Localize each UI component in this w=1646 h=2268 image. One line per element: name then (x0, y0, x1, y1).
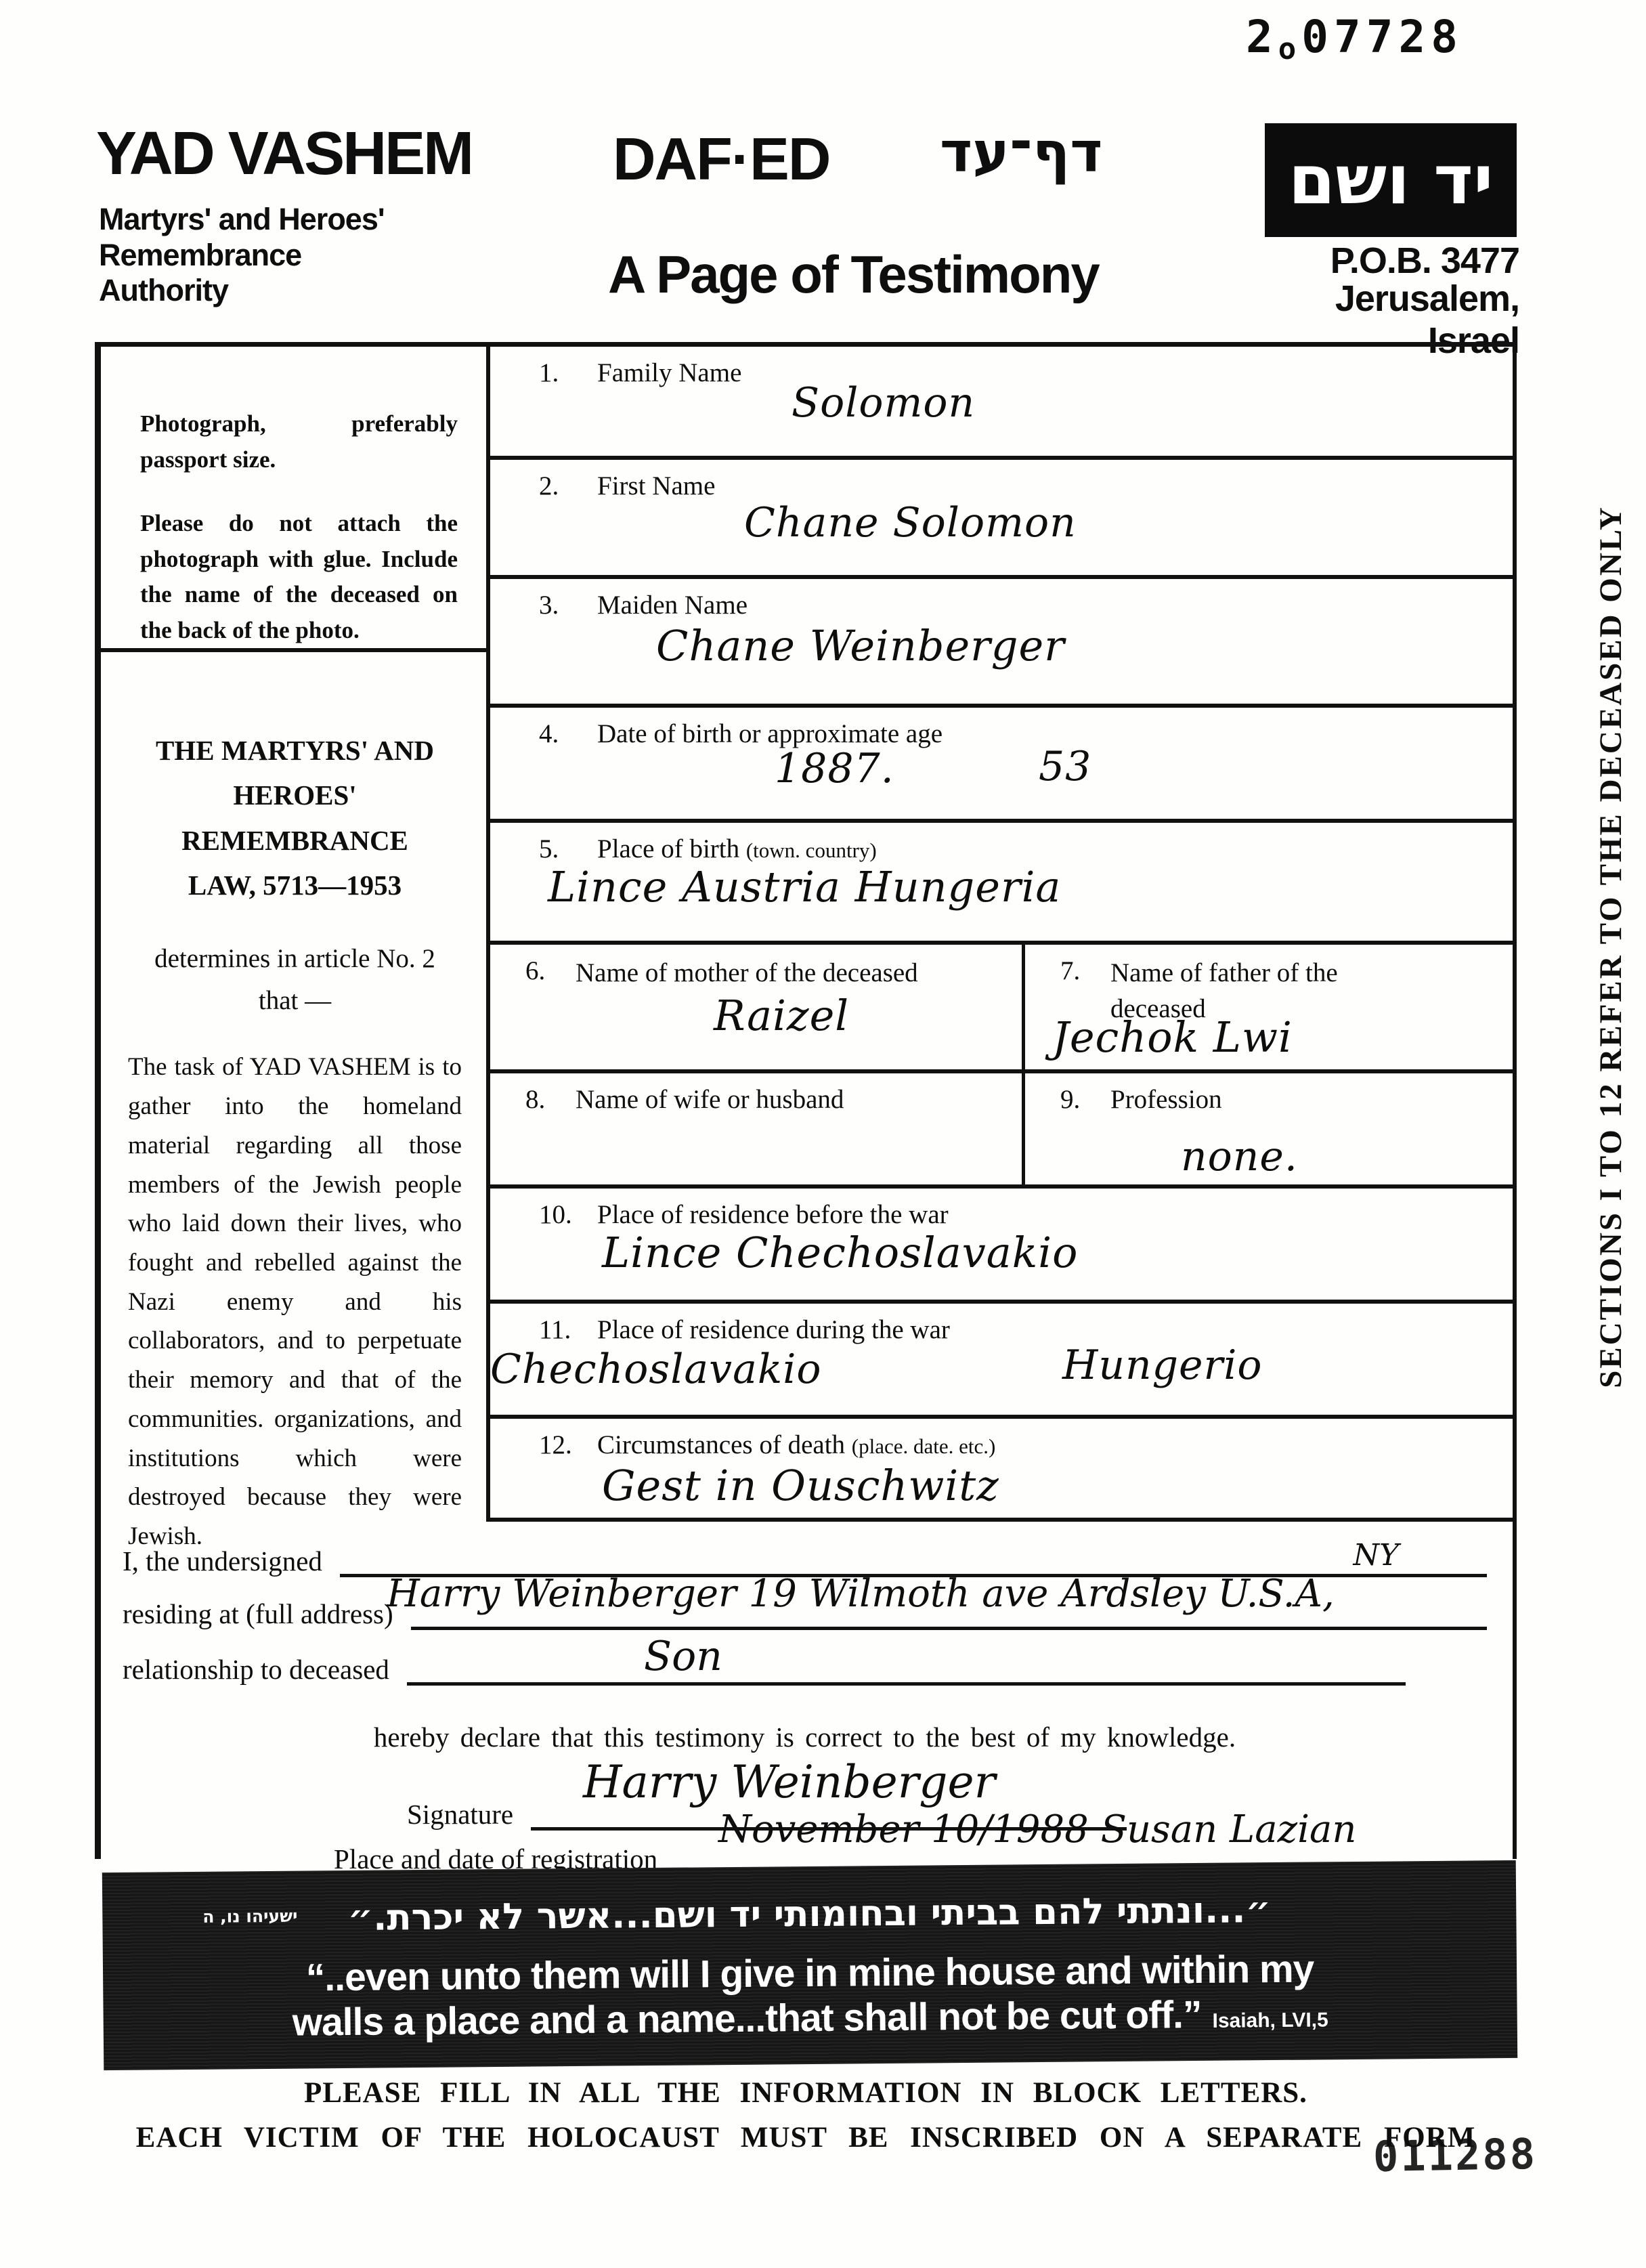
logo-hebrew-text: יד ושם (1288, 140, 1494, 219)
field-label: 1.Family Name (490, 347, 1513, 388)
handwritten-father-name: Jechok Lwi (1052, 1012, 1293, 1062)
handwritten-relationship: Son (644, 1633, 722, 1680)
handwritten-registration-date: November 10/1988 Susan Lazian (718, 1807, 1356, 1852)
quote-banner: ״...ונתתי להם בביתי ובחומותי יד ושם...אש… (102, 1860, 1517, 2070)
photo-instruction-2: Please do not attach the photograph with… (140, 506, 458, 648)
declaration-line-relationship: relationship to deceased Son (123, 1653, 1487, 1686)
yad-vashem-logo: יד ושם (1265, 123, 1517, 237)
field-number: 7. (1060, 956, 1110, 986)
declaration-section: I, the undersigned residing at (full add… (101, 1522, 1513, 1875)
handwritten-mother-name: Raizel (714, 991, 849, 1040)
relationship-blank-line (407, 1655, 1406, 1686)
signature-label: Signature (407, 1798, 513, 1831)
stamp-digits: 07728 (1301, 11, 1463, 63)
declaration-statement: hereby declare that this testimony is co… (123, 1721, 1487, 1753)
field-label-text: Circumstances of death (597, 1430, 845, 1459)
page-of-testimony-scan: 2o07728 YAD VASHEM Martyrs' and Heroes' … (0, 0, 1646, 2268)
field-label: 4.Date of birth or approximate age (490, 708, 1513, 749)
relationship-label: relationship to deceased (123, 1653, 389, 1686)
quote-english-citation: Isaiah, LVI,5 (1212, 2009, 1328, 2032)
handwritten-maiden-name: Chane Weinberger (656, 621, 1065, 670)
page-title: A Page of Testimony (608, 244, 1099, 305)
form-left-column: Photograph, preferably passport size. Pl… (101, 347, 490, 1522)
photo-instructions-box: Photograph, preferably passport size. Pl… (101, 347, 486, 652)
field-cell-mother: 6.Name of mother of the deceased Raizel (490, 945, 1025, 1069)
field-number: 10. (539, 1199, 597, 1230)
field-label: 2.First Name (490, 460, 1513, 501)
daf-ed-title: DAF·ED (613, 125, 829, 194)
field-cell-spouse: 8.Name of wife or husband (490, 1073, 1025, 1184)
field-label-text: Name of wife or husband (576, 1085, 844, 1114)
field-number: 6. (525, 956, 576, 986)
field-row-residence-during-war: 11.Place of residence during the war Che… (490, 1304, 1513, 1419)
declaration-line-residing: residing at (full address) Harry Weinber… (123, 1598, 1487, 1630)
field-row-first-name: 2.First Name Chane Solomon (490, 460, 1513, 579)
field-label-text: Place of birth (597, 834, 739, 863)
field-number: 12. (539, 1430, 597, 1460)
sections-side-note: SECTIONS I TO 12 REFER TO THE DECEASED O… (1593, 452, 1636, 1441)
handwritten-residence-during-war-1: Chechoslavakio (490, 1346, 822, 1393)
field-label-paren: (place. date. etc.) (852, 1434, 996, 1458)
quote-hebrew-citation: ישעיהו נו, ה (202, 1906, 297, 1927)
field-label: 10.Place of residence before the war (490, 1189, 1513, 1230)
field-number: 5. (539, 834, 597, 864)
field-number: 4. (539, 719, 597, 749)
field-number: 11. (539, 1314, 597, 1345)
field-row-circumstances-of-death: 12.Circumstances of death (place. date. … (490, 1419, 1513, 1522)
pob-address: P.O.B. 3477 (1265, 240, 1519, 282)
daf-ed-hebrew: דף־עד (940, 121, 1102, 185)
handwritten-profession: none. (1181, 1133, 1298, 1180)
field-label-text: First Name (597, 471, 715, 500)
handwritten-age: 53 (1039, 743, 1091, 790)
field-row-maiden-name: 3.Maiden Name Chane Weinberger (490, 579, 1513, 708)
field-number: 9. (1060, 1084, 1110, 1115)
law-paragraph-1: determines in article No. 2 that — (128, 938, 462, 1023)
field-label: 9.Profession (1025, 1073, 1513, 1115)
handwritten-address: Harry Weinberger 19 Wilmoth ave Ardsley … (387, 1572, 1335, 1616)
document-number-stamp: 2o07728 (1246, 11, 1463, 66)
field-label-text: Name of mother of the deceased (576, 956, 918, 991)
field-label: 11.Place of residence during the war (490, 1304, 1513, 1345)
field-row-residence-before-war: 10.Place of residence before the war Lin… (490, 1189, 1513, 1304)
residing-label: residing at (full address) (123, 1598, 393, 1630)
field-label-paren: (town. country) (746, 838, 877, 862)
handwritten-circumstances-of-death: Gest in Ouschwitz (602, 1461, 999, 1510)
footer-instruction-1: PLEASE FILL IN ALL THE INFORMATION IN BL… (0, 2076, 1611, 2110)
field-label-text: Place of residence before the war (597, 1200, 949, 1229)
org-name: YAD VASHEM (96, 119, 472, 189)
handwritten-residence-before-war: Lince Chechoslavakio (602, 1228, 1078, 1277)
field-label: 12.Circumstances of death (place. date. … (490, 1419, 1513, 1460)
handwritten-birth-year: 1887. (775, 745, 894, 792)
handwritten-family-name: Solomon (792, 379, 975, 427)
field-row-parents: 6.Name of mother of the deceased Raizel … (490, 945, 1513, 1073)
field-row-family-name: 1.Family Name Solomon (490, 347, 1513, 460)
field-row-date-of-birth: 4.Date of birth or approximate age 1887.… (490, 708, 1513, 823)
field-number: 8. (525, 1084, 576, 1115)
handwritten-place-of-birth: Lince Austria Hungeria (548, 862, 1061, 912)
law-paragraph-2: The task of YAD VASHEM is to gather into… (128, 1048, 462, 1556)
field-label-text: Date of birth or approximate age (597, 719, 943, 748)
handwritten-residence-during-war-2: Hungerio (1062, 1342, 1263, 1389)
field-label: 6.Name of mother of the deceased (490, 945, 1022, 991)
field-label-text: Maiden Name (597, 591, 748, 620)
archive-number-stamp: 011288 (1372, 2129, 1537, 2181)
law-box: THE MARTYRS' AND HEROES' REMEMBRANCE LAW… (101, 652, 486, 1556)
field-number: 2. (539, 471, 597, 501)
photo-instruction-1: Photograph, preferably passport size. (140, 406, 458, 477)
handwritten-first-name: Chane Solomon (744, 499, 1077, 547)
field-label-text: Family Name (597, 358, 741, 387)
form-fields-column: 1.Family Name Solomon 2.First Name Chane… (490, 347, 1513, 1522)
law-title: THE MARTYRS' AND HEROES' REMEMBRANCE LAW… (128, 728, 462, 908)
field-row-place-of-birth: 5.Place of birth (town. country) Lince A… (490, 823, 1513, 945)
form-top-section: Photograph, preferably passport size. Pl… (101, 347, 1513, 1522)
field-label-text: Place of residence during the war (597, 1315, 950, 1344)
field-cell-profession: 9.Profession none. (1025, 1073, 1513, 1184)
footer-instruction-2: EACH VICTIM OF THE HOLOCAUST MUST BE INS… (0, 2121, 1611, 2154)
handwritten-signature: Harry Weinberger (583, 1756, 995, 1808)
field-row-spouse-profession: 8.Name of wife or husband 9.Profession n… (490, 1073, 1513, 1189)
undersigned-label: I, the undersigned (123, 1545, 322, 1577)
handwritten-state-abbrev: NY (1353, 1538, 1399, 1572)
stamp-digit: 2 (1246, 11, 1278, 63)
field-label: 5.Place of birth (town. country) (490, 823, 1513, 864)
field-label: 3.Maiden Name (490, 579, 1513, 620)
org-subtitle: Martyrs' and Heroes' Remembrance Authori… (99, 202, 385, 309)
form-table: Photograph, preferably passport size. Pl… (95, 342, 1517, 1859)
quote-english-line2-text: walls a place and a name...that shall no… (292, 1993, 1201, 2045)
stamp-digit-small: o (1278, 32, 1302, 66)
field-cell-father: 7.Name of father of the deceased Jechok … (1025, 945, 1513, 1069)
field-number: 1. (539, 358, 597, 388)
quote-hebrew: ״...ונתתי להם בביתי ובחומותי יד ושם...אש… (102, 1887, 1516, 1941)
field-number: 3. (539, 590, 597, 620)
field-label: 8.Name of wife or husband (490, 1073, 1022, 1115)
field-label-text: Profession (1110, 1085, 1222, 1114)
